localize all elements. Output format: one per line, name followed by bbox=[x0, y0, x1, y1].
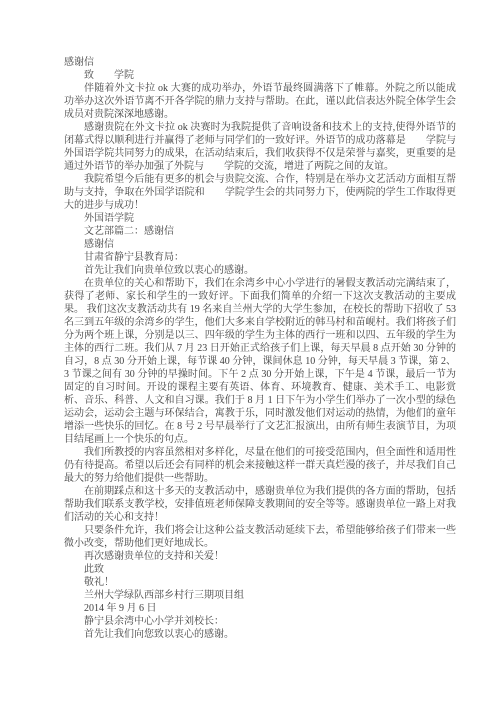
salutation-line: 甘肃省静宁县教育局： bbox=[64, 251, 456, 264]
document-title: 感谢信 bbox=[64, 56, 456, 69]
paragraph: 感谢贵院在外文卡拉 ok 决赛时为我院提供了音响设备和技术上的支持,使得外语节的… bbox=[64, 121, 456, 173]
section-heading: 文艺部篇二：感谢信 bbox=[64, 225, 456, 238]
date-line: 2014 年 9 月 6 日 bbox=[64, 602, 456, 615]
salutation-line: 静宁县余湾中心小学并刘校长： bbox=[64, 615, 456, 628]
paragraph: 我们所教授的内容虽然相对多样化，尽量在他们的可接受范围内，但全面性和适用性仍有待… bbox=[64, 446, 456, 485]
paragraph: 伴随着外文卡拉 ok 大赛的成功举办，外语节最终圆满落下了帷幕。外院之所以能成功… bbox=[64, 82, 456, 121]
letter-title: 感谢信 bbox=[64, 238, 456, 251]
paragraph: 首先让我们向贵单位致以衷心的感谢。 bbox=[64, 264, 456, 277]
closing-jingli: 敬礼！ bbox=[64, 576, 456, 589]
paragraph: 在前期踩点和这十多天的支教活动中，感谢贵单位为我们提供的各方面的帮助，包括帮助我… bbox=[64, 485, 456, 524]
paragraph: 我院希望今后能有更多的机会与贵院交流、合作，特别是在举办文艺活动方面相互帮助与支… bbox=[64, 173, 456, 212]
document-body: 感谢信致 学院伴随着外文卡拉 ok 大赛的成功举办，外语节最终圆满落下了帷幕。外… bbox=[64, 56, 456, 641]
closing-cizhi: 此致 bbox=[64, 563, 456, 576]
document-page: 感谢信致 学院伴随着外文卡拉 ok 大赛的成功举办，外语节最终圆满落下了帷幕。外… bbox=[0, 0, 496, 702]
salutation-line: 致 学院 bbox=[64, 69, 456, 82]
paragraph: 在贵单位的关心和帮助下，我们在余湾乡中心小学进行的暑假支教活动完满结束了，获得了… bbox=[64, 277, 456, 446]
paragraph: 再次感谢贵单位的支持和关爱！ bbox=[64, 550, 456, 563]
paragraph: 首先让我们向您致以衷心的感谢。 bbox=[64, 628, 456, 641]
paragraph: 只要条件允许，我们将会让这种公益支教活动延续下去，希望能够给孩子们带来一些微小改… bbox=[64, 524, 456, 550]
signature-line: 外国语学院 bbox=[64, 212, 456, 225]
signature-line: 兰州大学绿队西部乡村行三期项目组 bbox=[64, 589, 456, 602]
